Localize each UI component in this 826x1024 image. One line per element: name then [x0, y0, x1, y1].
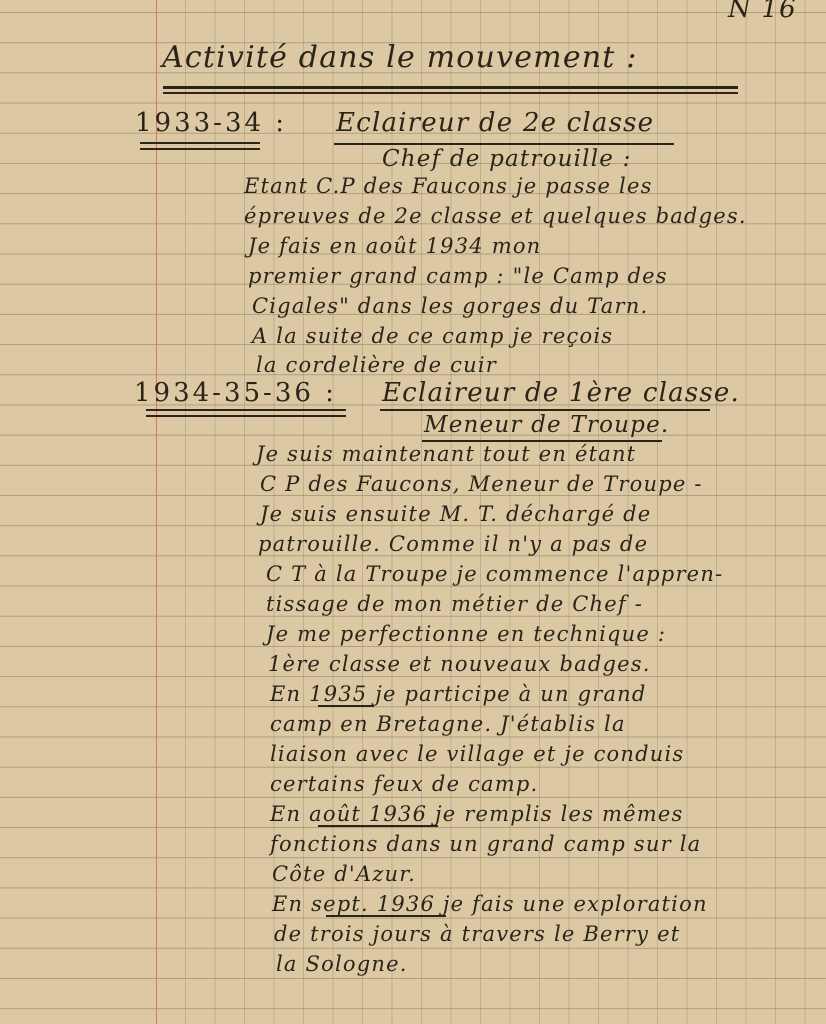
year-underline	[318, 705, 374, 707]
rank-underline	[334, 143, 674, 145]
text-line: Côte d'Azur.	[272, 862, 416, 886]
section-period: 1933-34 :	[135, 108, 287, 138]
text-line: la Sologne.	[276, 952, 408, 976]
text-line: épreuves de 2e classe et quelques badges…	[244, 204, 747, 228]
text-line: Je fais en août 1934 mon	[248, 234, 541, 258]
date-underline	[318, 825, 438, 827]
title-double-rule-top	[163, 86, 738, 89]
period-underline	[140, 142, 260, 144]
text-line: fonctions dans un grand camp sur la	[270, 832, 701, 856]
text-line: tissage de mon métier de Chef -	[266, 592, 643, 616]
section-period: 1934-35-36 :	[134, 378, 337, 408]
section-rank: Eclaireur de 2e classe	[336, 108, 654, 138]
text-line: camp en Bretagne. J'établis la	[270, 712, 626, 736]
date-underline	[326, 915, 446, 917]
text-line: Je suis ensuite M. T. déchargé de	[260, 502, 651, 526]
section-rank: Eclaireur de 1ère classe.	[382, 378, 740, 408]
text-line: C P des Faucons, Meneur de Troupe -	[260, 472, 703, 496]
text-line: Cigales" dans les gorges du Tarn.	[252, 294, 648, 318]
notebook-page: N 16 Activité dans le mouvement : 1933-3…	[0, 0, 826, 1024]
page-title: Activité dans le mouvement :	[162, 40, 638, 75]
text-line: En 1935 je participe à un grand	[270, 682, 647, 706]
text-line: Je suis maintenant tout en étant	[256, 442, 636, 466]
red-margin-line	[156, 0, 157, 1024]
text-line: certains feux de camp.	[270, 772, 538, 796]
section-role: Meneur de Troupe.	[424, 412, 669, 438]
rank-underline	[380, 409, 710, 411]
title-double-rule-bottom	[163, 92, 738, 94]
text-line: En août 1936 je remplis les mêmes	[270, 802, 683, 826]
period-underline	[140, 148, 260, 150]
period-underline	[146, 415, 346, 417]
folio-number: N 16	[728, 0, 797, 24]
text-line: C T à la Troupe je commence l'appren-	[266, 562, 723, 586]
text-line: 1ère classe et nouveaux badges.	[268, 652, 651, 676]
text-line: la cordelière de cuir	[256, 353, 497, 377]
period-underline	[146, 409, 346, 411]
text-line: Etant C.P des Faucons je passe les	[244, 174, 653, 198]
text-line: En sept. 1936 je fais une exploration	[272, 892, 708, 916]
text-line: de trois jours à travers le Berry et	[274, 922, 680, 946]
section-role: Chef de patrouille :	[382, 146, 632, 172]
text-line: Je me perfectionne en technique :	[266, 622, 666, 646]
text-line: liaison avec le village et je conduis	[270, 742, 684, 766]
text-line: A la suite de ce camp je reçois	[252, 324, 613, 348]
text-line: patrouille. Comme il n'y a pas de	[258, 532, 648, 556]
text-line: premier grand camp : "le Camp des	[248, 264, 668, 288]
